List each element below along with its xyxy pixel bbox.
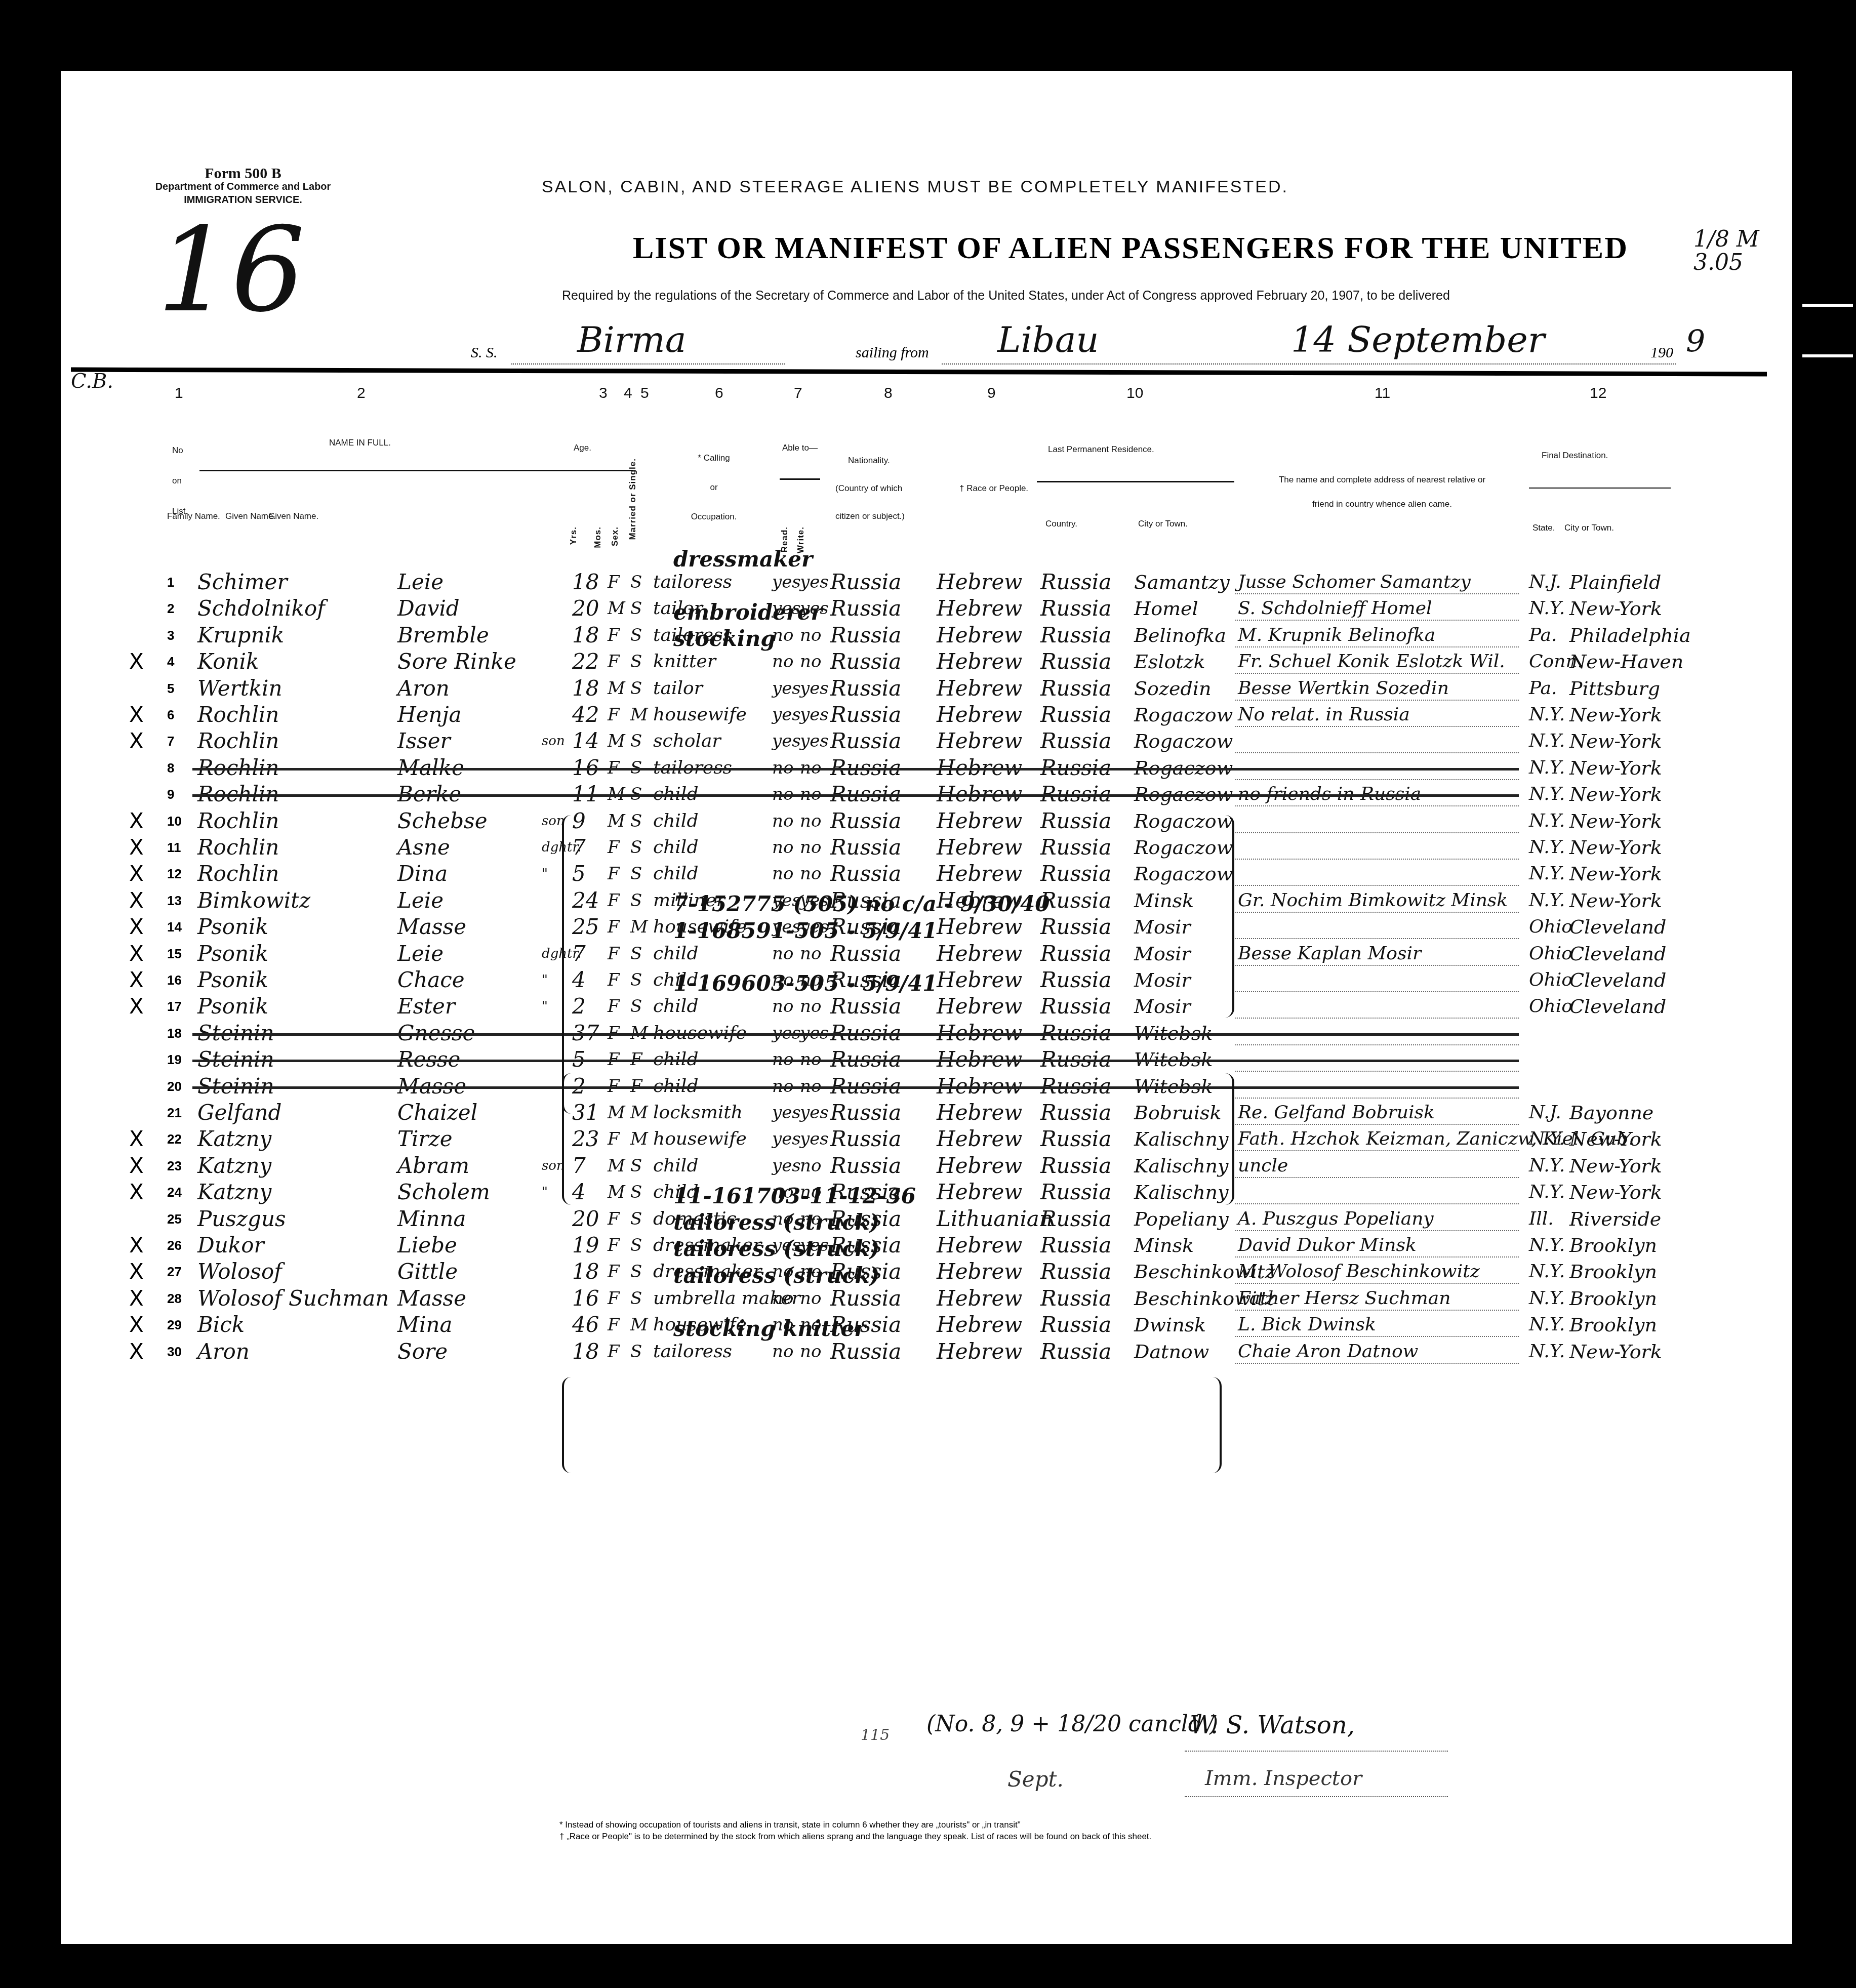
sex: M <box>608 806 625 836</box>
header-sex: Sex. <box>610 526 620 546</box>
family-name: Schdolnikof <box>197 593 325 624</box>
marital-status: S <box>630 1177 642 1207</box>
family-bracket <box>562 1073 571 1205</box>
marital-status: S <box>630 939 642 969</box>
family-name: Rochlin <box>197 726 279 756</box>
residence-city: Kalischny <box>1134 1177 1229 1207</box>
destination-state: Ohio <box>1529 939 1572 969</box>
residence-city: Kalischny <box>1134 1151 1229 1181</box>
family-bracket <box>562 815 571 1114</box>
age-years: 9 <box>572 806 586 836</box>
header-relative: The name and complete address of nearest… <box>1245 475 1519 509</box>
age-years: 23 <box>572 1124 599 1154</box>
nationality: Russia <box>830 939 901 969</box>
marital-status: S <box>630 859 642 889</box>
table-row: X 7 Rochlin Isser son 14 M S scholar yes… <box>0 726 1772 756</box>
nearest-relative: M. Krupnik Belinofka <box>1238 620 1435 651</box>
race: Hebrew <box>937 620 1022 651</box>
sex: F <box>608 700 620 730</box>
race: Hebrew <box>937 1098 1022 1128</box>
residence-country: Russia <box>1040 806 1111 836</box>
nationality: Russia <box>830 1336 901 1367</box>
list-number: 3 <box>167 620 174 651</box>
residence-city: Rogaczow <box>1134 806 1233 836</box>
col-num-10: 10 <box>1126 385 1143 402</box>
col-num-7: 7 <box>794 385 802 402</box>
checked-mark: X <box>129 832 144 863</box>
can-read: no <box>772 1336 793 1367</box>
table-row: X 27 Wolosof Gittle 18 F S dressmaker ta… <box>0 1256 1772 1287</box>
age-years: 18 <box>572 1256 599 1287</box>
marital-status: M <box>630 1124 648 1154</box>
race: Hebrew <box>937 1256 1022 1287</box>
relation-note: " <box>542 1177 548 1207</box>
occupation-annotation: 7-152775 (505) no c/a - 9/30/40 <box>673 897 1050 912</box>
list-number: 2 <box>167 593 174 624</box>
table-row: X 17 Psonik Ester " 2 F S child 1-169603… <box>0 991 1772 1022</box>
marital-status: S <box>630 991 642 1022</box>
header-country: Country. <box>1045 519 1077 529</box>
footnote-occupation: * Instead of showing occupation of touri… <box>559 1820 1021 1830</box>
destination-state: Ohio <box>1529 965 1572 995</box>
header-state: State. <box>1532 523 1555 533</box>
nearest-relative: Jusse Schomer Samantzy <box>1238 567 1471 597</box>
residence-country: Russia <box>1040 726 1111 756</box>
race: Hebrew <box>937 859 1022 889</box>
destination-city: New-York <box>1569 859 1662 889</box>
race: Hebrew <box>937 1336 1022 1367</box>
relation-note: son <box>542 1151 565 1181</box>
nearest-relative: Fr. Schuel Konik Eslotzk Wil. <box>1238 646 1505 677</box>
race: Hebrew <box>937 965 1022 995</box>
nationality: Russia <box>830 991 901 1022</box>
age-years: 20 <box>572 593 599 624</box>
sex: F <box>608 912 620 942</box>
destination-city: Brooklyn <box>1569 1230 1657 1261</box>
occupation: child <box>653 832 698 863</box>
cancel-strikethrough <box>192 1060 1519 1062</box>
destination-state: N.Y. <box>1529 700 1565 730</box>
nearest-relative: S. Schdolnieff Homel <box>1238 593 1432 624</box>
residence-city: Eslotzk <box>1134 646 1205 677</box>
destination-city: Brooklyn <box>1569 1310 1657 1340</box>
can-read: yes <box>772 673 801 704</box>
marital-status: S <box>630 620 642 651</box>
sex: F <box>608 567 620 597</box>
given-name: Bremble <box>397 620 489 651</box>
nationality: Russia <box>830 1098 901 1128</box>
marital-status: S <box>630 593 642 624</box>
residence-country: Russia <box>1040 1256 1111 1287</box>
checked-mark: X <box>129 1151 144 1181</box>
marital-status: M <box>630 912 648 942</box>
table-row: 18 Steinin Gnesse 37 F M housewife yes y… <box>0 1018 1772 1048</box>
residence-country: Russia <box>1040 593 1111 624</box>
header-nationality: Nationality. (Country of which citizen o… <box>835 456 905 521</box>
can-write: no <box>800 939 821 969</box>
race: Hebrew <box>937 939 1022 969</box>
header-occupation: * Calling or Occupation. <box>681 453 747 522</box>
destination-city: New-York <box>1569 779 1662 809</box>
table-row: X 10 Rochlin Schebse son 9 M S child no … <box>0 806 1772 836</box>
occupation-annotation: 11-161703-11-12-36 <box>673 1189 916 1204</box>
inspector-signature: W. S. Watson, <box>1190 1711 1355 1739</box>
can-write: yes <box>800 1098 829 1128</box>
occupation: tailoress <box>653 567 732 597</box>
destination-state: N.Y. <box>1529 1310 1565 1340</box>
list-number: 21 <box>167 1098 182 1128</box>
given-name: Gittle <box>397 1256 458 1287</box>
list-number: 30 <box>167 1336 182 1367</box>
occupation-annotation: stocking <box>673 631 776 646</box>
family-name: Rochlin <box>197 832 279 863</box>
destination-city: Cleveland <box>1569 939 1666 969</box>
cancel-strikethrough <box>192 768 1519 770</box>
occupation: tailor <box>653 673 703 704</box>
can-write: no <box>800 646 821 677</box>
cancel-strikethrough <box>192 1086 1519 1089</box>
nearest-relative: Chaie Aron Datnow <box>1238 1336 1418 1367</box>
list-number: 1 <box>167 567 174 597</box>
destination-city: New-York <box>1569 700 1662 730</box>
destination-state: N.Y. <box>1529 1124 1565 1154</box>
sex: F <box>608 620 620 651</box>
can-write: no <box>800 991 821 1022</box>
destination-city: New-York <box>1569 753 1662 783</box>
nationality: Russia <box>830 646 901 677</box>
footnote-race: † „Race or People" is to be determined b… <box>559 1832 1151 1842</box>
destination-state: N.Y. <box>1529 1256 1565 1287</box>
sex: F <box>608 1204 620 1234</box>
table-row: X 12 Rochlin Dina " 5 F S child no no Ru… <box>0 859 1772 889</box>
side-initials: C.B. <box>71 370 113 393</box>
given-name: Isser <box>397 726 451 756</box>
destination-city: New-York <box>1569 593 1662 624</box>
destination-state: N.Y. <box>1529 885 1565 916</box>
nearest-relative: Re. Gelfand Bobruisk <box>1238 1098 1435 1128</box>
list-number: 19 <box>167 1044 182 1075</box>
marital-status: S <box>630 806 642 836</box>
table-row: X 15 Psonik Leie dghtr. 7 F S child 1-16… <box>0 939 1772 969</box>
family-name: Dukor <box>197 1230 264 1261</box>
marital-status: S <box>630 1283 642 1314</box>
destination-state: N.Y. <box>1529 753 1565 783</box>
nearest-relative: Besse Wertkin Sozedin <box>1238 673 1449 704</box>
given-name: Henja <box>397 700 462 730</box>
table-row: X 23 Katzny Abram son 7 M S child yes no… <box>0 1151 1772 1181</box>
residence-country: Russia <box>1040 646 1111 677</box>
col-num-11: 11 <box>1375 385 1390 402</box>
family-bracket <box>1225 1073 1234 1205</box>
occupation: housewife <box>653 700 747 730</box>
can-read: yes <box>772 1098 801 1128</box>
list-number: 11 <box>167 832 181 863</box>
race: Hebrew <box>937 1151 1022 1181</box>
nearest-relative: Besse Kaplan Mosir <box>1238 939 1421 969</box>
destination-state: N.Y. <box>1529 779 1565 809</box>
given-name: Leie <box>397 885 443 916</box>
destination-city: Pittsburg <box>1569 673 1660 704</box>
given-name: Scholem <box>397 1177 490 1207</box>
destination-city: New-York <box>1569 1124 1662 1154</box>
can-write: yes <box>800 673 829 704</box>
destination-city: Bayonne <box>1569 1098 1653 1128</box>
destination-city: New-York <box>1569 726 1662 756</box>
can-read: no <box>772 859 793 889</box>
family-name: Konik <box>197 646 259 677</box>
checked-mark: X <box>129 1177 144 1207</box>
nearest-relative: No relat. in Russia <box>1238 700 1410 730</box>
age-years: 42 <box>572 700 599 730</box>
table-row: 20 Steinin Masse 2 F F child no no Russi… <box>0 1071 1772 1102</box>
paper-stack-edge <box>1802 304 1853 307</box>
family-name: Katzny <box>197 1177 271 1207</box>
destination-city: Cleveland <box>1569 912 1666 942</box>
relation-note: " <box>542 991 548 1022</box>
table-row: 21 Gelfand Chaizel 31 M M locksmith yes … <box>0 1098 1772 1128</box>
table-row: 5 Wertkin Aron 18 M S tailor yes yes Rus… <box>0 673 1772 704</box>
family-bracket <box>1213 1377 1222 1473</box>
family-name: Gelfand <box>197 1098 281 1128</box>
sex: F <box>608 859 620 889</box>
table-row: 2 Schdolnikof David 20 M S tailor yes ye… <box>0 593 1772 624</box>
list-number: 23 <box>167 1151 182 1181</box>
residence-country: Russia <box>1040 832 1111 863</box>
destination-state: N.J. <box>1529 1098 1561 1128</box>
inspector-title: Imm. Inspector <box>1205 1767 1362 1790</box>
destination-state: Ill. <box>1529 1204 1554 1234</box>
col-num-6: 6 <box>715 385 723 402</box>
residence-city: Homel <box>1134 593 1198 624</box>
sex: F <box>608 1230 620 1261</box>
residence-country: Russia <box>1040 673 1111 704</box>
departure-port: Libau <box>997 319 1099 360</box>
can-write: no <box>800 1151 821 1181</box>
residence-city: Mosir <box>1134 912 1191 942</box>
list-number: 7 <box>167 726 174 756</box>
residence-country: Russia <box>1040 620 1111 651</box>
destination-state: N.Y. <box>1529 726 1565 756</box>
destination-city: Cleveland <box>1569 991 1666 1022</box>
col-num-1: 1 <box>175 385 183 402</box>
header-family-name: Family Name. <box>167 511 220 521</box>
list-number: 25 <box>167 1204 182 1234</box>
destination-city: Riverside <box>1569 1204 1661 1234</box>
destination-state: N.Y. <box>1529 1283 1565 1314</box>
marital-status: S <box>630 965 642 995</box>
occupation: tailoress <box>653 1336 732 1367</box>
race: Hebrew <box>937 700 1022 730</box>
destination-state: N.Y. <box>1529 806 1565 836</box>
occupation: child <box>653 991 698 1022</box>
list-number: 6 <box>167 700 174 730</box>
checked-mark: X <box>129 939 144 969</box>
sex: F <box>608 885 620 916</box>
sex: F <box>608 965 620 995</box>
age-years: 31 <box>572 1098 599 1128</box>
occupation-annotation: stocking knitter <box>673 1321 865 1336</box>
age-years: 4 <box>572 1177 586 1207</box>
nearest-relative: Father Hersz Suchman <box>1238 1283 1450 1314</box>
family-bracket <box>562 1377 571 1473</box>
header-given-name: Given Name. <box>268 511 318 521</box>
given-name: Ester <box>397 991 455 1022</box>
nearest-relative: A. Puszgus Popeliany <box>1238 1204 1434 1234</box>
year-suffix: 9 <box>1686 324 1705 359</box>
marital-status: S <box>630 885 642 916</box>
destination-state: N.Y. <box>1529 1230 1565 1261</box>
table-row: 25 Puszgus Minna 20 F S domestic 11-1617… <box>0 1204 1772 1234</box>
age-years: 7 <box>572 939 586 969</box>
family-name: Rochlin <box>197 806 279 836</box>
marital-status: S <box>630 726 642 756</box>
sex: M <box>608 673 625 704</box>
voyage-line: S. S. Birma sailing from Libau 14 Septem… <box>471 324 1726 370</box>
col-num-4: 4 <box>624 385 632 402</box>
residence-city: Mosir <box>1134 965 1191 995</box>
sex: M <box>608 1098 625 1128</box>
marital-status: S <box>630 1256 642 1287</box>
checked-mark: X <box>129 885 144 916</box>
occupation-annotation: embroiderer <box>673 605 822 620</box>
checked-mark: X <box>129 726 144 756</box>
sex: F <box>608 646 620 677</box>
occupation-annotation: tailoress (struck) <box>673 1241 879 1256</box>
family-name: Rochlin <box>197 859 279 889</box>
sex: M <box>608 593 625 624</box>
destination-city: Philadelphia <box>1569 620 1691 651</box>
list-number: 8 <box>167 753 174 783</box>
marital-status: S <box>630 673 642 704</box>
relation-note: " <box>542 965 548 995</box>
family-name: Psonik <box>197 991 268 1022</box>
can-write: yes <box>800 700 829 730</box>
sex: F <box>608 1283 620 1314</box>
nearest-relative: David Dukor Minsk <box>1238 1230 1417 1261</box>
destination-city: New-York <box>1569 1177 1662 1207</box>
list-number: 9 <box>167 779 174 809</box>
form-number: Form 500 B <box>152 167 334 180</box>
nationality: Russia <box>830 1124 901 1154</box>
nationality: Russia <box>830 593 901 624</box>
sex: F <box>608 1124 620 1154</box>
nationality: Russia <box>830 859 901 889</box>
header-yrs: Yrs. <box>569 526 579 545</box>
race: Lithuanian <box>937 1204 1053 1234</box>
family-name: Katzny <box>197 1151 271 1181</box>
given-name: Tirze <box>397 1124 453 1154</box>
checked-mark: X <box>129 965 144 995</box>
header-last-residence: Last Permanent Residence. <box>1048 444 1154 455</box>
checked-mark: X <box>129 1283 144 1314</box>
sailing-label: sailing from <box>856 344 929 361</box>
scan-edge <box>1792 71 1856 1988</box>
residence-country: Russia <box>1040 939 1111 969</box>
list-number: 10 <box>167 806 182 836</box>
header-able-to: Able to— <box>782 443 818 453</box>
race: Hebrew <box>937 912 1022 942</box>
age-years: 7 <box>572 1151 586 1181</box>
residence-country: Russia <box>1040 991 1111 1022</box>
given-name: Liebe <box>397 1230 457 1261</box>
can-read: no <box>772 806 793 836</box>
checked-mark: X <box>129 991 144 1022</box>
race: Hebrew <box>937 1310 1022 1340</box>
nationality: Russia <box>830 806 901 836</box>
age-years: 5 <box>572 859 586 889</box>
destination-state: N.Y. <box>1529 832 1565 863</box>
race: Hebrew <box>937 1124 1022 1154</box>
table-row: X 4 Konik Sore Rinke 22 F S knitter stoc… <box>0 646 1772 677</box>
race: Hebrew <box>937 593 1022 624</box>
given-name: Chace <box>397 965 465 995</box>
age-years: 22 <box>572 646 599 677</box>
residence-country: Russia <box>1040 912 1111 942</box>
race: Hebrew <box>937 1283 1022 1314</box>
table-row: X 30 Aron Sore 18 F S tailoress stocking… <box>0 1336 1772 1367</box>
age-years: 18 <box>572 567 599 597</box>
manifest-notice: SALON, CABIN, AND STEERAGE ALIENS MUST B… <box>542 177 1288 197</box>
given-name: Dina <box>397 859 448 889</box>
occupation-annotation: dressmaker <box>673 552 813 567</box>
occupation-annotation: 1-168591-505 - 5/9/41 <box>673 923 937 939</box>
given-name: Leie <box>397 567 443 597</box>
relation-note: " <box>542 859 548 889</box>
can-read: no <box>772 991 793 1022</box>
checked-mark: X <box>129 1336 144 1367</box>
destination-city: New-Haven <box>1569 646 1683 677</box>
destination-city: Cleveland <box>1569 965 1666 995</box>
residence-country: Russia <box>1040 859 1111 889</box>
given-name: Chaizel <box>397 1098 477 1128</box>
page-count-mark: 115 <box>861 1726 890 1744</box>
residence-country: Russia <box>1040 1283 1111 1314</box>
residence-city: Popeliany <box>1134 1204 1229 1234</box>
age-years: 4 <box>572 965 586 995</box>
residence-country: Russia <box>1040 965 1111 995</box>
occupation: child <box>653 939 698 969</box>
family-name: Psonik <box>197 912 268 942</box>
destination-city: Brooklyn <box>1569 1256 1657 1287</box>
can-read: no <box>772 646 793 677</box>
can-write: yes <box>800 1124 829 1154</box>
requirement-text: Required by the regulations of the Secre… <box>562 289 1450 303</box>
seal-note: Sept. <box>1007 1767 1064 1792</box>
header-final-destination: Final Destination. <box>1542 451 1608 461</box>
nearest-relative: uncle <box>1238 1151 1288 1181</box>
destination-city: Brooklyn <box>1569 1283 1657 1314</box>
checked-mark: X <box>129 1310 144 1340</box>
marital-status: S <box>630 567 642 597</box>
page-title: LIST OR MANIFEST OF ALIEN PASSENGERS FOR… <box>633 230 1628 266</box>
marital-status: S <box>630 1230 642 1261</box>
race: Hebrew <box>937 1230 1022 1261</box>
race: Hebrew <box>937 991 1022 1022</box>
cancel-strikethrough <box>192 1033 1519 1036</box>
given-name: Leie <box>397 939 443 969</box>
marital-status: S <box>630 1336 642 1367</box>
sex: F <box>608 832 620 863</box>
can-read: no <box>772 1283 793 1314</box>
age-years: 19 <box>572 1230 599 1261</box>
residence-country: Russia <box>1040 1310 1111 1340</box>
family-name: Katzny <box>197 1124 271 1154</box>
can-read: no <box>772 939 793 969</box>
residence-city: Datnow <box>1134 1336 1209 1367</box>
col-num-12: 12 <box>1590 385 1606 402</box>
race: Hebrew <box>937 567 1022 597</box>
occupation-annotation: tailoress (struck) <box>673 1268 879 1283</box>
